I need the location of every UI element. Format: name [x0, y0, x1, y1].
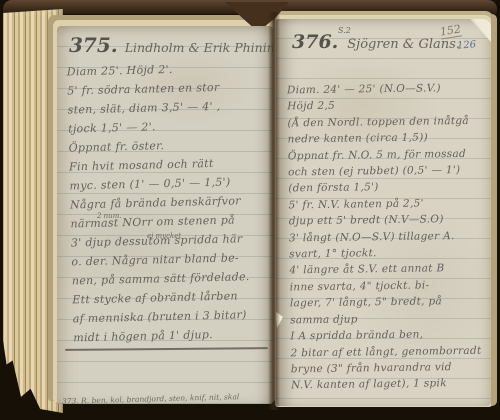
- right-entry-header: 376.Sjögren & Glans. S.2: [292, 31, 460, 53]
- handwritten-line: och sten (ej rubbet) (0,5' — 1'): [288, 162, 488, 181]
- handwritten-line: midt i högen på 1' djup.: [73, 324, 273, 348]
- left-entry-title: Lindholm & Erik Phining: [125, 40, 273, 55]
- left-entry-number: 375.: [69, 33, 118, 57]
- right-page-text: Diam. 24' — 25' (N.O—S.V.)Höjd 2,5(Å den…: [287, 80, 491, 394]
- left-entry-header: 375.Lindholm & Erik Phining: [69, 33, 273, 57]
- notebook-photo: 375.Lindholm & Erik Phining Diam 25'. Hö…: [0, 0, 500, 420]
- handwritten-line: 2 bitar af ett långt, genomborradt: [290, 342, 490, 361]
- left-page-text: Diam 25'. Höjd 2'.5' fr. södra kanten en…: [67, 58, 273, 348]
- right-entry-number: 376.: [292, 31, 338, 53]
- left-page: 375.Lindholm & Erik Phining Diam 25'. Hö…: [57, 26, 273, 404]
- inserted-word-annotation: ej mycket: [147, 232, 181, 240]
- right-page-outer-edge: [491, 14, 497, 406]
- handwritten-line: (Å den Nordl. toppen den inåtgå: [287, 112, 487, 131]
- hand-drawn-divider-line: [65, 347, 268, 351]
- right-page: 152 126 376.Sjögren & Glans. S.2 Diam. 2…: [276, 19, 491, 406]
- handwritten-line: N.V. kanten af laget), 1 spik: [291, 375, 491, 394]
- inserted-word-annotation: 2 num.: [97, 212, 122, 220]
- title-superscript-annotation: S.2: [338, 26, 351, 35]
- right-entry-title: Sjögren & Glans.: [347, 37, 460, 52]
- gutter-shadow: [268, 12, 280, 410]
- left-page-footer-note: 373. R. ben, kol, brandjord, sten, knif,…: [62, 391, 273, 404]
